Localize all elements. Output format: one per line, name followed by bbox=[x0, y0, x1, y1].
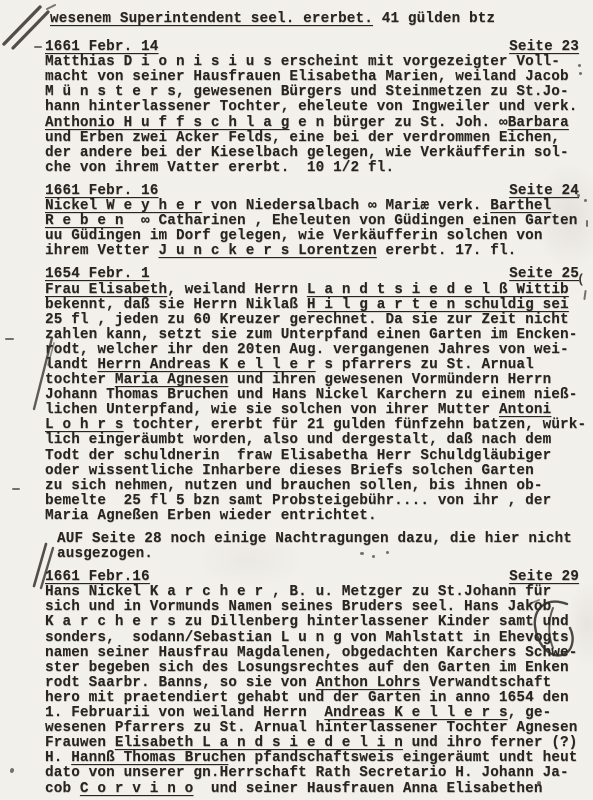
text-line: oder wissentliche Inharbere dieses Brief… bbox=[45, 464, 579, 479]
pencil-dash-mark bbox=[34, 46, 42, 48]
entry-seite-23: 1661 Febr. 14Seite 23Matthias D i o n i … bbox=[45, 40, 579, 176]
text-line: dato von unserer gn.Herrschaft Rath Secr… bbox=[45, 766, 579, 781]
text-line: zu sich nehmen, nutzen und brauchen soll… bbox=[45, 479, 579, 494]
entry-page-ref: Seite 24 bbox=[509, 184, 579, 199]
text-line: wesenem Superintendent seel. ererbet. 41… bbox=[50, 12, 579, 27]
pencil-dash-mark bbox=[5, 338, 14, 340]
ink-speck bbox=[578, 64, 581, 67]
text-line: lich eingeräumbt worden, also und derges… bbox=[45, 433, 579, 448]
text-line: Frau Elisabeth, weiland Herrn L a n d t … bbox=[45, 283, 579, 298]
ink-speck bbox=[586, 220, 588, 227]
pencil-dash-mark bbox=[12, 488, 20, 490]
entry-date: 1654 Febr. 1 bbox=[45, 267, 150, 282]
ink-speck bbox=[372, 555, 375, 558]
text-line: wesenen Pfarrers zu St. Arnual hinterlas… bbox=[45, 721, 579, 736]
text-line: R e b e n ∞ Catharinen , Eheleuten von G… bbox=[45, 214, 579, 229]
text-line: zahlen kann, setzt sie zum Unterpfand ei… bbox=[45, 328, 579, 343]
text-line: Johann Thomas Bruchen und Hans Nickel Ka… bbox=[45, 388, 579, 403]
scanned-document-page: { "page": { "background_color": "#f2f0eb… bbox=[0, 0, 593, 800]
text-line: rodt Saarbr. Banns, so sie von Anthon Lo… bbox=[45, 676, 579, 691]
entry-seite-25: 1654 Febr. 1Seite 25Frau Elisabeth, weil… bbox=[45, 267, 579, 524]
note-seite-28: AUF Seite 28 noch einige Nachtragungen d… bbox=[57, 532, 579, 562]
entry-heading: 1661 Febr. 16Seite 24 bbox=[45, 184, 579, 199]
text-line: K a r c h e r s zu Dillenberg hinterlass… bbox=[45, 615, 579, 630]
text-line: hann hinterlassener Tochter, eheleute vo… bbox=[45, 100, 579, 115]
text-line: rodt, welcher ihr den 20ten Aug. vergang… bbox=[45, 343, 579, 358]
text-line: cob C o r v i n o und seiner Hausfrauen … bbox=[45, 782, 579, 797]
text-line: und Erben zwei Acker Felds, eine bei der… bbox=[45, 131, 579, 146]
entry-heading: 1661 Febr. 14Seite 23 bbox=[45, 40, 579, 55]
text-line: 25 fl , jeden zu 60 Kreuzer gerechnet. D… bbox=[45, 313, 579, 328]
text-line: tochter Maria Agnesen und ihren gewesene… bbox=[45, 373, 579, 388]
entry-page-ref: Seite 23 bbox=[509, 40, 579, 55]
text-line: sonders, sodann/Sebastian L u n g von Ma… bbox=[45, 631, 579, 646]
pencil-paren-mark: ( bbox=[577, 272, 585, 287]
text-line: der andere bei der Kieselbach gelegen, w… bbox=[45, 146, 579, 161]
entry-seite-29: 1661 Febr.16Seite 29Hans Nickel K a r c … bbox=[45, 570, 579, 796]
document-body: wesenem Superintendent seel. ererbet. 41… bbox=[0, 0, 593, 800]
text-line: 1. Februarii von weiland Herrn Andreas K… bbox=[45, 706, 579, 721]
text-line: landt Herrn Andreas K e l l e r s pfarre… bbox=[45, 358, 579, 373]
ink-speck bbox=[537, 781, 541, 785]
entry-date: 1661 Febr. 14 bbox=[45, 40, 158, 55]
text-line: Maria Agneßen Erben wieder entrichtet. bbox=[45, 509, 579, 524]
ink-speck bbox=[360, 552, 364, 555]
ink-speck bbox=[577, 194, 580, 197]
carryover-line: wesenem Superintendent seel. ererbet. 41… bbox=[50, 12, 579, 27]
entry-heading: 1654 Febr. 1Seite 25 bbox=[45, 267, 579, 282]
text-line: ausgezogen. bbox=[57, 547, 579, 562]
entry-page-ref: Seite 25 bbox=[509, 267, 579, 282]
entry-seite-24: 1661 Febr. 16Seite 24Nickel W e y h e r … bbox=[45, 184, 579, 259]
text-line: Nickel W e y h e r von Niedersalbach ∞ M… bbox=[45, 199, 579, 214]
text-line: Todt der schuldnerin fraw Elisabetha Her… bbox=[45, 449, 579, 464]
entry-date: 1661 Febr. 16 bbox=[45, 184, 158, 199]
text-line: bekennt, daß sie Herrn Niklaß H i l g a … bbox=[45, 298, 579, 313]
text-line: hero mit praetendiert gehabt und der Gar… bbox=[45, 691, 579, 706]
ink-speck bbox=[579, 72, 582, 75]
text-line: ihrem Vetter J u n c k e r s Lorentzen e… bbox=[45, 244, 579, 259]
text-line: che von ihrem Vatter ererbt. 10 1/2 fl. bbox=[45, 161, 579, 176]
ink-speck bbox=[386, 551, 389, 554]
ink-speck bbox=[584, 199, 587, 202]
text-line: namen seiner Hausfrau Magdalenen, obgeda… bbox=[45, 646, 579, 661]
text-line: bemelte 25 fl 5 bzn samt Probsteigebühr.… bbox=[45, 494, 579, 509]
text-line: AUF Seite 28 noch einige Nachtragungen d… bbox=[57, 532, 579, 547]
text-line: Anthonio H u f f s c h l a g e n bürger … bbox=[45, 116, 579, 131]
text-line: ster begeben sich des Losungsrechtes auf… bbox=[45, 661, 579, 676]
